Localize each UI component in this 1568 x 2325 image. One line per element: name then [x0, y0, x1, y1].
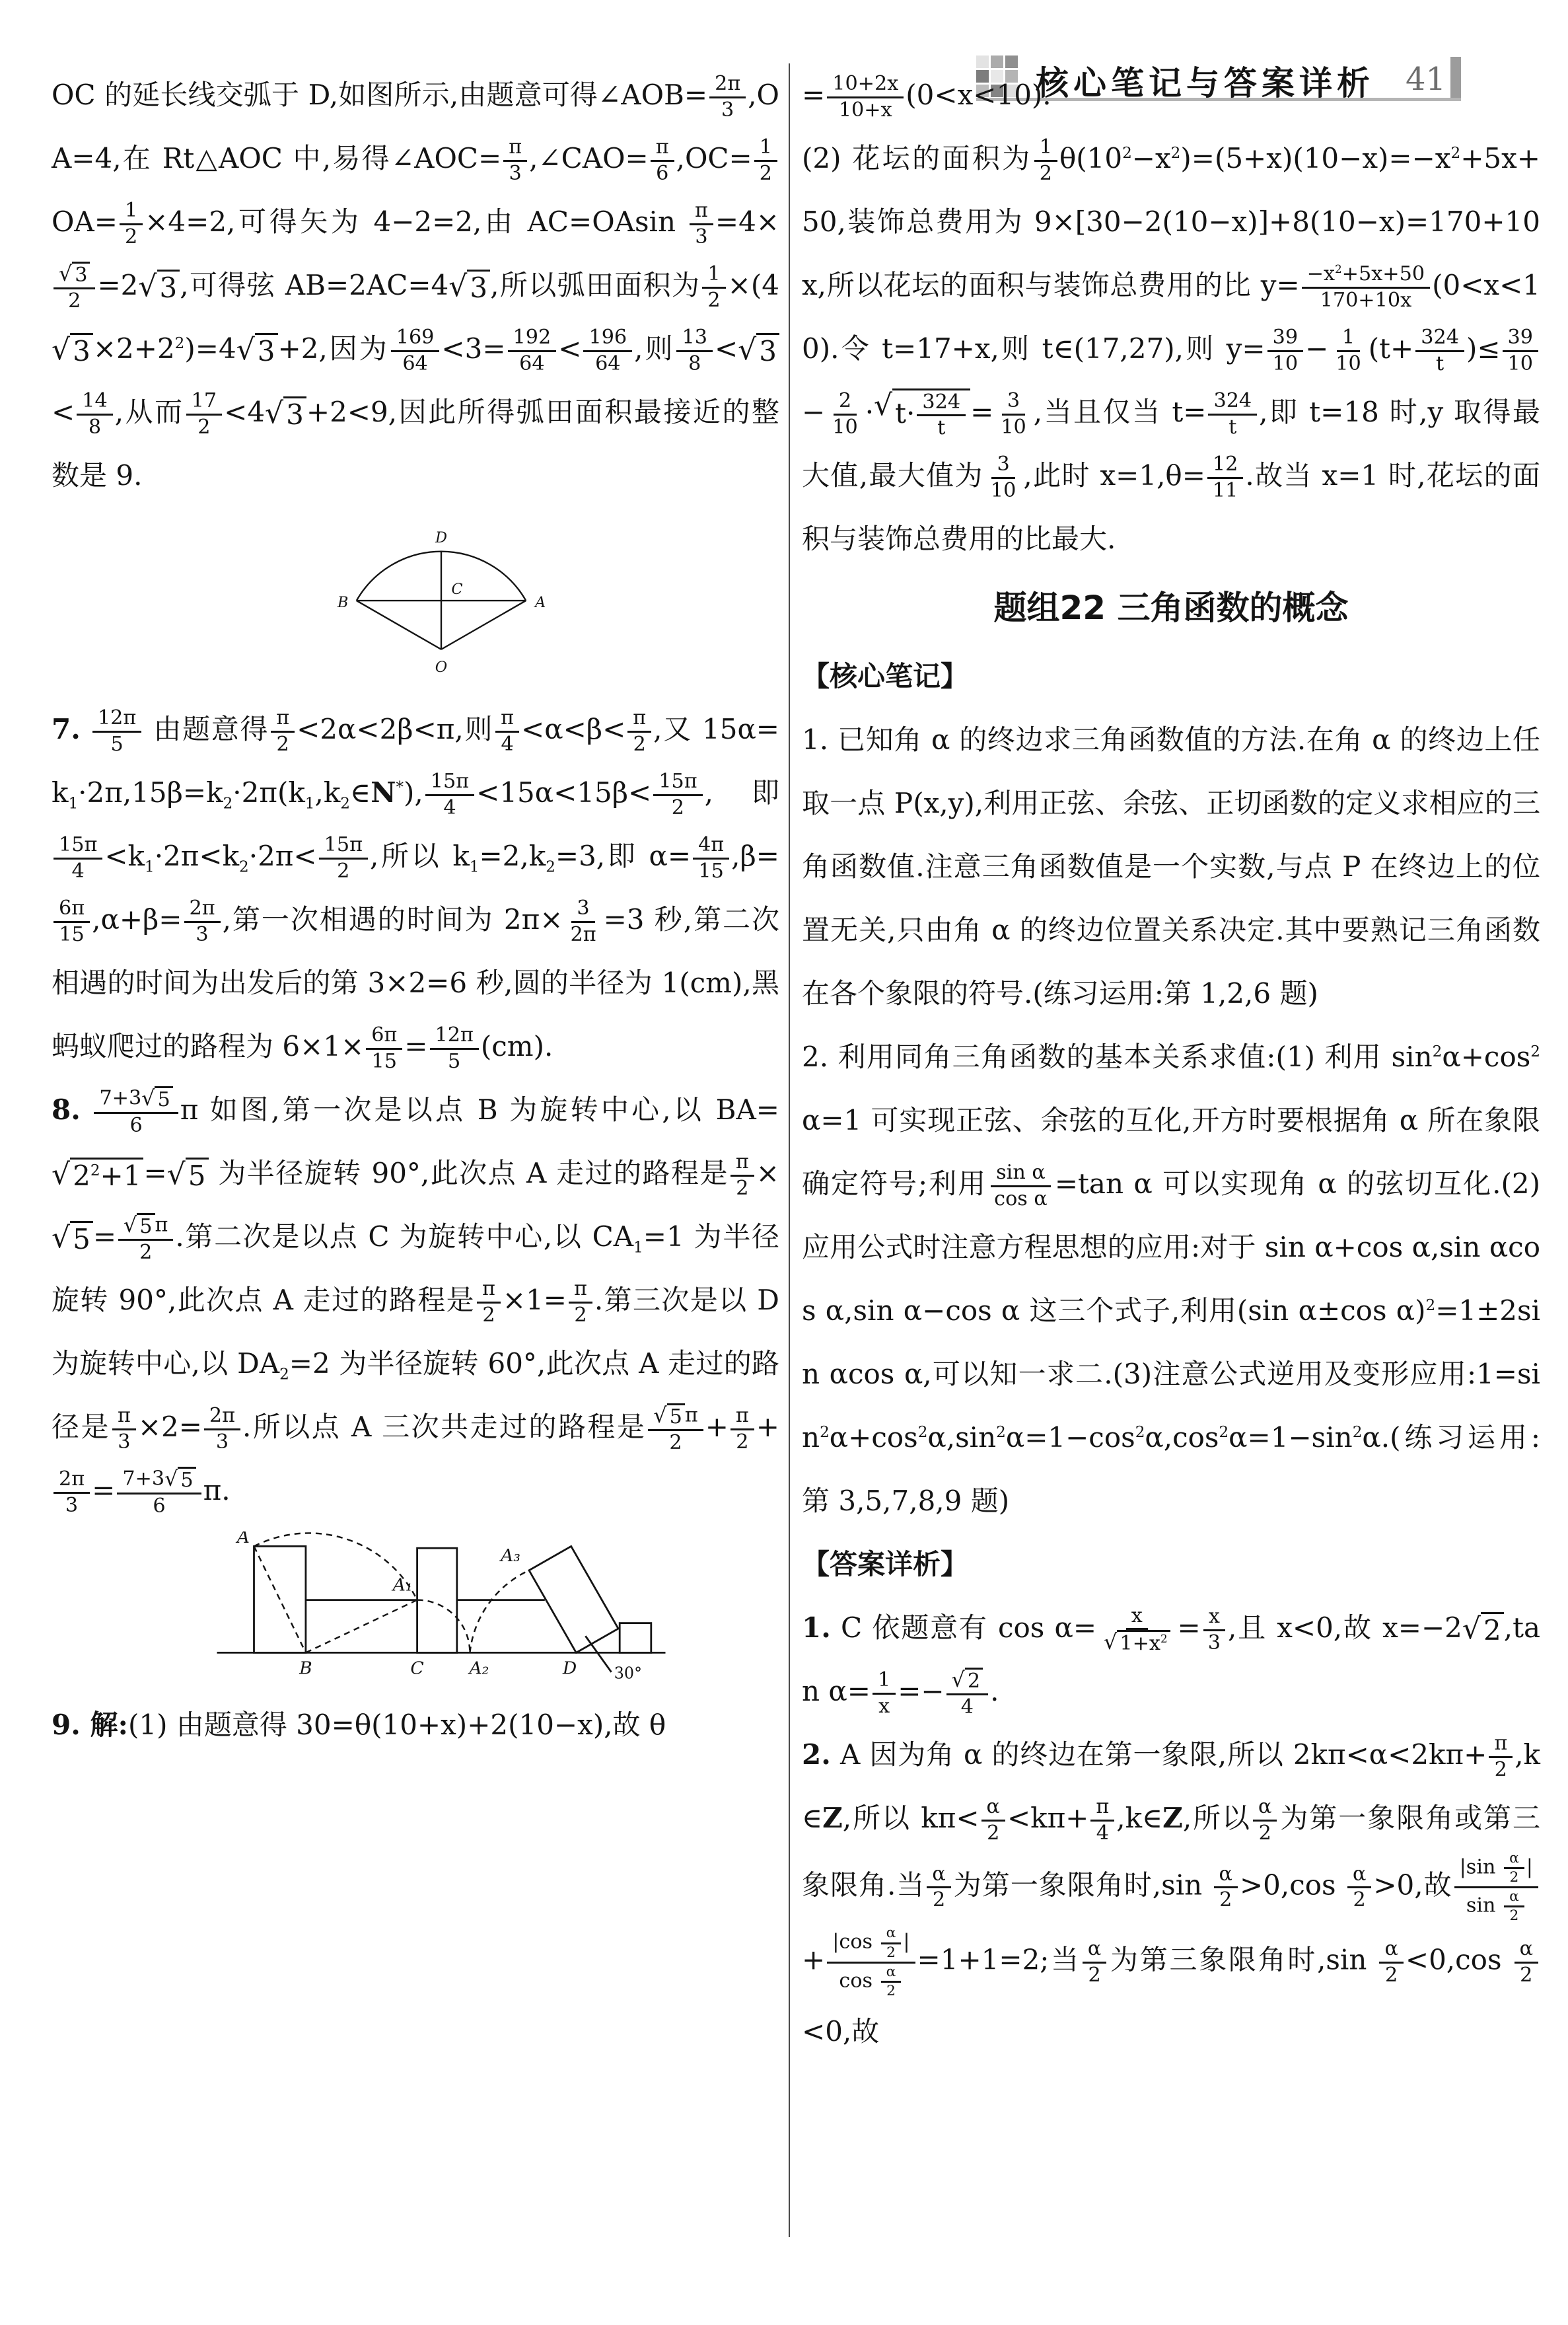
fraction: 16964 [391, 326, 440, 376]
radicand: 2 [1481, 1612, 1504, 1647]
numerator: 192 [508, 326, 557, 351]
radical: √3 [138, 270, 180, 305]
fraction: 15π2 [319, 833, 368, 883]
fraction: 2π3 [53, 1467, 90, 1518]
left-column: OC 的延长线交弧于 D,如图所示,由题意可得∠AOB=2π3,OA=4,在 R… [52, 63, 779, 1757]
superscript: 2 [1135, 1424, 1145, 1441]
denominator: 4 [1091, 1822, 1114, 1845]
label-C: C [451, 581, 462, 598]
numerator: α [1214, 1863, 1238, 1888]
denominator: 2 [134, 1241, 157, 1265]
column-divider [789, 63, 790, 2237]
fraction: 12 [120, 199, 143, 249]
denominator: 2 [731, 1430, 754, 1454]
numerator: π [495, 706, 519, 732]
denominator: 2 [881, 1944, 901, 1962]
numerator: 4π [693, 833, 729, 859]
denominator: 2 [1380, 1964, 1403, 1987]
denominator: 10+x [834, 98, 898, 122]
numerator: 1 [1034, 135, 1057, 161]
fraction: π3 [503, 135, 527, 186]
radical-sign: √ [164, 1468, 178, 1491]
radical: √3 [738, 333, 779, 368]
numerator: π [731, 1150, 754, 1176]
denominator: 170+10x [1315, 289, 1417, 313]
fraction: 6π15 [366, 1023, 402, 1074]
radical-sign: √ [52, 334, 70, 367]
fraction: 172 [186, 389, 222, 439]
superscript: 2 [1219, 1424, 1229, 1441]
numerator: α [927, 1863, 950, 1888]
numerator: α [1379, 1937, 1403, 1963]
radical: √3 [236, 333, 278, 368]
numerator: 15π [319, 833, 368, 859]
radicand: 2 [965, 1668, 983, 1693]
bold-text: Z [822, 1802, 843, 1834]
denominator: 64 [397, 352, 433, 376]
denominator: 3 [504, 162, 527, 186]
paragraph: OC 的延长线交弧于 D,如图所示,由题意可得∠AOB=2π3,OA=4,在 R… [52, 63, 779, 507]
denominator: 2 [1515, 1964, 1538, 1987]
numerator: α [1515, 1937, 1538, 1963]
numerator: π [271, 706, 295, 732]
numerator: 17 [186, 389, 222, 415]
fraction: α2 [881, 1964, 902, 2000]
numerator: α [1083, 1937, 1106, 1963]
denominator: 10 [1503, 352, 1538, 376]
fraction: 6π15 [53, 897, 90, 947]
label-B: B [299, 1658, 312, 1679]
superscript: 2 [820, 1424, 830, 1441]
dashed-B-A1 [306, 1600, 417, 1653]
radicand: 5 [155, 1086, 172, 1112]
radicand: 3 [255, 333, 278, 368]
radical: √22+1 [52, 1158, 143, 1193]
rect-small [620, 1623, 651, 1653]
numerator: 324 [1208, 389, 1257, 415]
denominator: √1+x2 [1098, 1630, 1175, 1656]
numerator: 7+3√5 [117, 1467, 201, 1495]
radical: √2 [952, 1668, 983, 1693]
paragraph: =10+2x10+x(0<x<10). [802, 63, 1540, 127]
radicand: 3 [157, 270, 180, 305]
numerator: 12π [92, 706, 141, 732]
fraction: 1211 [1207, 453, 1243, 503]
numerator: √3 [53, 262, 95, 289]
fraction: 7+3√56 [117, 1467, 201, 1519]
subscript: 2 [279, 1366, 289, 1383]
paragraph: 1. 已知角 α 的终边求三角函数值的方法.在角 α 的终边上任取一点 P(x,… [802, 708, 1540, 1025]
denominator: 2 [981, 1822, 1005, 1845]
fraction: 19264 [508, 326, 557, 376]
denominator: 3 [60, 1494, 83, 1518]
fraction: 2π3 [709, 72, 746, 122]
denominator: 4 [495, 733, 518, 757]
radical: √2 [1462, 1612, 1504, 1647]
fraction: 19664 [583, 326, 632, 376]
superscript: 2 [918, 1424, 928, 1441]
denominator: sin α2 [1461, 1888, 1532, 1925]
radicand: 5 [186, 1158, 209, 1193]
numerator: √5π [648, 1403, 703, 1431]
radical-sign: √ [448, 271, 467, 303]
denominator: 3 [716, 98, 739, 122]
fraction: √32 [53, 262, 95, 314]
fraction: √5π2 [118, 1213, 173, 1265]
denominator: 4 [438, 796, 461, 820]
denominator: 2 [1505, 1869, 1524, 1886]
superscript: 2 [1530, 1043, 1540, 1060]
fraction: 324t [917, 390, 966, 441]
subscript: 2 [239, 858, 249, 875]
denominator: x [873, 1695, 895, 1718]
denominator: 2 [192, 416, 215, 439]
denominator: 2 [927, 1888, 950, 1912]
fraction: π3 [112, 1404, 136, 1454]
fraction: 3910 [1503, 326, 1538, 376]
radicand: 3 [467, 270, 490, 305]
radical-sign: √ [952, 1669, 965, 1692]
denominator: 11 [1207, 479, 1243, 503]
numerator: |sin α2| [1454, 1850, 1538, 1888]
radical: √3 [59, 262, 90, 287]
numerator: 2π [709, 72, 746, 98]
superscript: 2 [1122, 145, 1132, 162]
bold-text: 7. [52, 713, 81, 745]
fraction: π2 [627, 706, 651, 757]
denominator: cos α2 [834, 1964, 908, 2000]
denominator: 2 [332, 860, 355, 883]
dashed-arc-A1-A2 [417, 1600, 470, 1653]
radical-sign: √ [52, 1159, 70, 1191]
numerator: 6π [53, 897, 90, 922]
radical: √3 [52, 333, 93, 368]
bold-text: 【答案详析】 [802, 1548, 968, 1580]
fraction: 32π [565, 897, 601, 947]
fraction: α2 [1515, 1937, 1538, 1987]
denominator: 4 [956, 1695, 979, 1719]
radicand: 5 [137, 1213, 155, 1239]
paragraph: 9. 解:(1) 由题意得 30=θ(10+x)+2(10−x),故 θ [52, 1693, 779, 1757]
superscript: 2 [1160, 1633, 1168, 1645]
numerator: π [627, 706, 651, 732]
subscript: 1 [470, 858, 480, 875]
book-page: 核心笔记与答案详析 41 OC 的延长线交弧于 D,如图所示,由题意可得∠AOB… [0, 0, 1568, 2325]
numerator: π [1090, 1795, 1114, 1821]
paragraph: 2. 利用同角三角函数的基本关系求值:(1) 利用 sin2α+cos2α=1 … [802, 1025, 1540, 1533]
denominator: t [1431, 352, 1449, 376]
denominator: 2 [63, 289, 86, 313]
numerator: π [112, 1404, 136, 1430]
fraction: 310 [985, 453, 1021, 503]
numerator: 3 [991, 453, 1015, 478]
numerator: 1 [1337, 326, 1360, 351]
numerator: 196 [583, 326, 632, 351]
fraction: 324t [1208, 389, 1257, 439]
radical-sign: √ [52, 1222, 70, 1255]
label-30deg: 30° [614, 1664, 642, 1683]
paragraph: 【核心笔记】 [802, 645, 1540, 708]
radicand: 3 [756, 333, 779, 368]
numerator: α [881, 1925, 902, 1944]
numerator: 3 [1002, 389, 1025, 415]
denominator: 10 [827, 416, 863, 439]
denominator: 6 [651, 162, 674, 186]
label-O: O [435, 659, 447, 676]
numerator: 169 [391, 326, 440, 351]
radical-sign: √ [138, 271, 157, 303]
subscript: 2 [223, 795, 233, 812]
denominator: t [932, 416, 950, 440]
numerator: −x2+5x+50 [1302, 262, 1430, 288]
radical: √5 [653, 1403, 684, 1429]
fraction: 2π3 [184, 897, 221, 947]
fraction: 12π5 [430, 1023, 479, 1074]
denominator: 4 [67, 860, 90, 883]
radical-sign: √ [124, 1214, 137, 1237]
numerator: π [569, 1277, 592, 1303]
superscript: 2 [1335, 263, 1342, 276]
radicand: 5 [70, 1221, 93, 1256]
fraction: π2 [731, 1150, 754, 1200]
numerator: 1 [754, 135, 777, 161]
fraction: 12 [754, 135, 777, 186]
numerator: α [1253, 1795, 1277, 1821]
denominator: 3 [112, 1430, 135, 1454]
right-column: =10+2x10+x(0<x<10).(2) 花坛的面积为12θ(102−x2)… [802, 63, 1540, 2063]
numerator: 3 [571, 897, 594, 922]
denominator: 15 [53, 923, 89, 947]
superscript: 2 [175, 335, 185, 352]
superscript: 2 [1171, 145, 1181, 162]
fraction: 4π15 [693, 833, 729, 883]
denominator: 2 [702, 289, 725, 313]
fraction: α2 [1253, 1795, 1277, 1845]
label-A: A [235, 1532, 250, 1547]
radical: √t·324t [874, 388, 970, 441]
numerator: 12 [1207, 453, 1243, 478]
fraction: 3910 [1267, 326, 1303, 376]
radicand: t·324t [892, 388, 970, 441]
radicand: 22+1 [70, 1158, 143, 1193]
radical: √1+x2 [1104, 1630, 1170, 1656]
radical-sign: √ [59, 263, 72, 286]
bold-text: N [371, 776, 396, 809]
fraction: |cos α2|cos α2 [827, 1925, 915, 1999]
denominator: cos α [989, 1187, 1053, 1211]
numerator: π [477, 1277, 501, 1303]
radical-sign: √ [874, 390, 892, 422]
bold-text: Z [1162, 1802, 1183, 1834]
denominator: 2 [754, 162, 777, 186]
fraction: 10+2x10+x [827, 72, 904, 122]
label-A2: A₂ [467, 1658, 489, 1679]
denominator: 3 [211, 1430, 234, 1454]
numerator: α [1504, 1888, 1524, 1907]
fraction: |sin α2|sin α2 [1454, 1850, 1538, 1925]
radical-sign: √ [167, 1159, 186, 1191]
fraction: π3 [690, 199, 713, 249]
bold-text: 【核心笔记】 [802, 660, 968, 692]
numerator: π [503, 135, 527, 161]
fraction: 210 [827, 389, 863, 439]
radical-sign: √ [1104, 1631, 1117, 1654]
numerator: x [1203, 1605, 1225, 1631]
numerator: √5π [118, 1213, 173, 1241]
label-D: D [435, 529, 447, 546]
denominator: 2 [664, 1431, 687, 1455]
denominator: 2 [628, 733, 651, 757]
denominator: 2 [1489, 1758, 1513, 1782]
radicand: 3 [72, 262, 90, 287]
angle-leader-line [585, 1636, 611, 1672]
bold-text: 9. 解: [52, 1709, 128, 1741]
fraction: α2 [927, 1863, 950, 1913]
denominator: 3 [1203, 1631, 1226, 1655]
paragraph: 2. A 因为角 α 的终边在第一象限,所以 2kπ<α<2kπ+π2,k∈Z,… [802, 1723, 1540, 2063]
radicand: 1+x2 [1117, 1630, 1170, 1656]
fraction: x3 [1203, 1605, 1226, 1655]
superscript: 2 [1451, 145, 1461, 162]
numerator: α [881, 1964, 902, 1983]
numerator: π [731, 1404, 754, 1430]
fraction: α2 [881, 1925, 902, 1961]
denominator: 3 [190, 923, 213, 947]
section-heading: 题组22 三角函数的概念 [802, 571, 1540, 645]
numerator: 1 [120, 199, 143, 225]
radicand: 5 [667, 1403, 685, 1429]
numerator: 13 [676, 326, 712, 351]
numerator: 324 [917, 390, 966, 416]
paragraph: 8. 7+3√56π 如图,第一次是以点 B 为旋转中心,以 BA=√22+1=… [52, 1078, 779, 1522]
label-A1: A₁ [391, 1575, 413, 1596]
denominator: 8 [683, 352, 706, 376]
numerator: |cos α2| [827, 1925, 915, 1963]
numerator: π [690, 199, 713, 225]
fraction: 12 [702, 262, 725, 313]
denominator: 2 [569, 1304, 592, 1327]
radical-sign: √ [653, 1405, 666, 1428]
denominator: 10 [985, 479, 1021, 503]
numerator: 7+3√5 [94, 1086, 178, 1114]
fraction: 15π4 [425, 770, 474, 820]
fraction: π2 [569, 1277, 592, 1327]
fraction: π6 [651, 135, 674, 186]
subscript: 1 [68, 795, 78, 812]
fraction: 310 [995, 389, 1031, 439]
fraction: x√1+x2 [1098, 1604, 1175, 1656]
paragraph: (2) 花坛的面积为12θ(102−x2)=(5+x)(10−x)=−x2+5x… [802, 127, 1540, 571]
fraction: 15π4 [53, 833, 102, 883]
fraction: 12π5 [92, 706, 141, 757]
rect-2 [417, 1548, 457, 1652]
denominator: 10 [995, 416, 1031, 439]
numerator: 39 [1267, 326, 1303, 351]
numerator: 2π [204, 1404, 240, 1430]
numerator: 2π [53, 1467, 90, 1493]
denominator: 15 [693, 860, 729, 883]
numerator: sin α [991, 1161, 1051, 1187]
superscript: 2 [996, 1424, 1006, 1441]
denominator: 2π [565, 923, 601, 947]
label-A: A [534, 594, 546, 611]
denominator: 2 [1034, 162, 1057, 186]
numerator: 15π [653, 770, 702, 795]
denominator: 2 [120, 225, 143, 249]
denominator: 2 [271, 733, 295, 757]
denominator: 2 [1348, 1888, 1371, 1912]
denominator: 2 [881, 1983, 901, 2000]
fraction: 7+3√56 [94, 1086, 178, 1138]
numerator: 1 [873, 1668, 896, 1694]
fraction: 1x [873, 1668, 896, 1718]
rotation-svg: A A₁ A₂ A₃ B C D 30° [210, 1532, 672, 1684]
denominator: 10 [1330, 352, 1366, 376]
figure-arc-field-diagram: D C B A O [269, 517, 613, 688]
fraction: 324t [1415, 326, 1464, 376]
superscript: 2 [1425, 1297, 1435, 1314]
numerator: α [981, 1795, 1005, 1821]
radical: √3 [265, 396, 306, 431]
numerator: 2π [184, 897, 221, 922]
fraction: α2 [1504, 1888, 1524, 1925]
fraction: α2 [1379, 1937, 1403, 1987]
line-OA [441, 601, 526, 649]
subscript: 2 [546, 858, 555, 875]
denominator: 2 [1083, 1964, 1106, 1987]
fraction: π2 [731, 1404, 754, 1454]
fraction: √5π2 [648, 1403, 703, 1456]
numerator: 10+2x [827, 72, 904, 98]
figure-rotation-diagram: A A₁ A₂ A₃ B C D 30° [210, 1532, 672, 1684]
radical: √5 [167, 1158, 209, 1193]
denominator: 5 [105, 733, 128, 757]
radicand: 5 [178, 1467, 196, 1493]
arc-field-svg: D C B A O [269, 517, 613, 688]
numerator: 14 [77, 389, 112, 415]
denominator: 6 [147, 1495, 170, 1518]
numerator: 15π [53, 833, 102, 859]
denominator: 10 [1267, 352, 1303, 376]
fraction: −x2+5x+50170+10x [1302, 262, 1430, 313]
paragraph: 【答案详析】 [802, 1533, 1540, 1596]
radical: √5 [141, 1086, 172, 1112]
subscript: 2 [340, 795, 350, 812]
superscript: 2 [90, 1162, 100, 1179]
numerator: 12π [430, 1023, 479, 1049]
fraction: α2 [1347, 1863, 1371, 1913]
radicand: 3 [70, 333, 93, 368]
denominator: 3 [690, 225, 713, 249]
fraction: √24 [946, 1668, 988, 1720]
fraction: 15π2 [653, 770, 702, 820]
denominator: 15 [367, 1050, 402, 1074]
fraction: π2 [271, 706, 295, 757]
radical: √5 [52, 1221, 93, 1256]
denominator: 2 [1214, 1888, 1237, 1912]
bold-text: 1. [802, 1611, 831, 1644]
radical-sign: √ [265, 398, 283, 430]
label-B: B [337, 594, 348, 611]
dashed-AB [254, 1546, 306, 1652]
paragraph: 1. C 依题意有 cos α=x√1+x2=x3,且 x<0,故 x=−2√2… [802, 1596, 1540, 1723]
fraction: π4 [1090, 1795, 1114, 1845]
denominator: 6 [124, 1114, 147, 1138]
bold-text: 8. [52, 1093, 81, 1126]
numerator: 2 [834, 389, 857, 415]
fraction: 138 [676, 326, 712, 376]
fraction: α2 [1214, 1863, 1238, 1913]
